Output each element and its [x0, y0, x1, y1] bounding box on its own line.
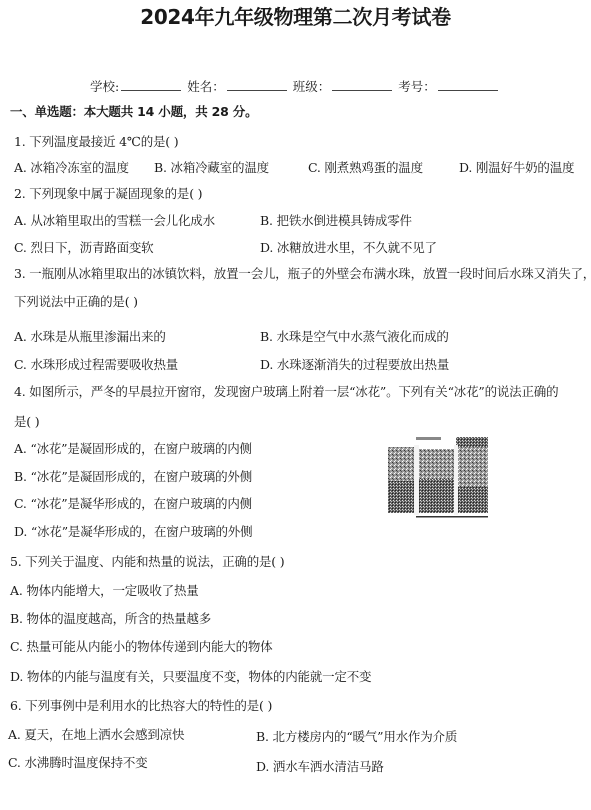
question-5-option-d: D. 物体的内能与温度有关，只要温度不变，物体的内能就一定不变 — [10, 669, 371, 685]
window-frost-illustration — [386, 437, 490, 521]
class-label: 班级： — [293, 77, 331, 95]
question-1-option-d: D. 刚温好牛奶的温度 — [459, 160, 574, 176]
question-6-option-c: C. 水沸腾时温度保持不变 — [8, 755, 147, 771]
name-blank — [227, 78, 287, 91]
question-4-option-d: D. “冰花”是凝华形成的，在窗户玻璃的外侧 — [14, 524, 252, 540]
question-1-stem: 1. 下列温度最接近 4℃的是( ) — [14, 134, 178, 150]
question-3-option-d: D. 水珠逐渐消失的过程要放出热量 — [260, 357, 449, 373]
frosted-window-image — [386, 437, 490, 521]
question-3-option-a: A. 水珠是从瓶里渗漏出来的 — [14, 329, 166, 345]
question-1-option-b: B. 冰箱冷藏室的温度 — [154, 160, 269, 176]
name-label: 姓名： — [187, 77, 225, 95]
question-5-option-a: A. 物体内能增大，一定吸收了热量 — [10, 583, 199, 599]
school-label: 学校: — [90, 77, 119, 95]
exam-number-blank — [438, 78, 498, 91]
question-6-option-d: D. 洒水车洒水清洁马路 — [256, 759, 384, 775]
question-5-stem: 5. 下列关于温度、内能和热量的说法，正确的是( ) — [10, 554, 284, 570]
class-blank — [332, 78, 392, 91]
question-6-option-b: B. 北方楼房内的“暖气”用水作为介质 — [256, 729, 457, 745]
question-5-option-c: C. 热量可能从内能小的物体传递到内能大的物体 — [10, 639, 272, 655]
question-2-stem: 2. 下列现象中属于凝固现象的是( ) — [14, 186, 202, 202]
question-5-option-b: B. 物体的温度越高，所含的热量越多 — [10, 611, 211, 627]
question-4-option-a: A. “冰花”是凝固形成的，在窗户玻璃的内侧 — [14, 441, 252, 457]
question-1-option-a: A. 冰箱冷冻室的温度 — [14, 160, 129, 176]
question-4-option-c: C. “冰花”是凝华形成的，在窗户玻璃的内侧 — [14, 496, 252, 512]
question-6-stem: 6. 下列事例中是利用水的比热容大的特性的是( ) — [10, 698, 272, 714]
question-2-option-a: A. 从冰箱里取出的雪糕一会儿化成水 — [14, 213, 215, 229]
question-4-option-b: B. “冰花”是凝固形成的，在窗户玻璃的外侧 — [14, 469, 252, 485]
section-header: 一、单选题：本大题共 14 小题，共 28 分。 — [10, 104, 257, 120]
question-3-stem-line-2: 下列说法中正确的是( ) — [14, 294, 138, 310]
student-info-line: 学校: 姓名： 班级： 考号： — [90, 77, 500, 95]
question-1-option-c: C. 刚煮熟鸡蛋的温度 — [308, 160, 423, 176]
question-3-option-b: B. 水珠是空气中水蒸气液化而成的 — [260, 329, 449, 345]
question-3-stem-line-1: 3. 一瓶刚从冰箱里取出的冰镇饮料，放置一会儿，瓶子的外壁会布满水珠，放置一段时… — [14, 266, 591, 282]
exam-number-label: 考号： — [398, 77, 436, 95]
question-6-option-a: A. 夏天，在地上洒水会感到凉快 — [8, 727, 184, 743]
question-2-option-d: D. 冰糖放进水里，不久就不见了 — [260, 240, 437, 256]
question-2-option-c: C. 烈日下，沥青路面变软 — [14, 240, 153, 256]
question-2-option-b: B. 把铁水倒进模具铸成零件 — [260, 213, 412, 229]
question-4-stem-line-2: 是( ) — [14, 414, 39, 430]
question-4-stem-line-1: 4. 如图所示，严冬的早晨拉开窗帘，发现窗户玻璃上附着一层“冰花”。下列有关“冰… — [14, 384, 558, 400]
exam-title: 2024年九年级物理第二次月考试卷 — [0, 4, 591, 30]
question-3-option-c: C. 水珠形成过程需要吸收热量 — [14, 357, 178, 373]
school-blank — [121, 78, 181, 91]
